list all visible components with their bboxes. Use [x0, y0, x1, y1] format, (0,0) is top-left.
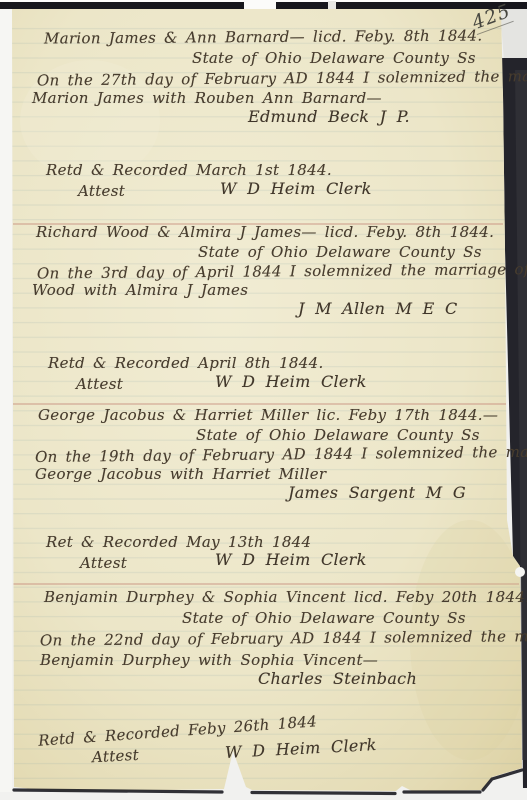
- entry-3-license-line: George Jacobus & Harriet Miller lic. Feb…: [38, 407, 498, 424]
- entry-2-license-line: Richard Wood & Almira J James— licd. Feb…: [36, 224, 494, 241]
- entry-2-officiant-signature: J M Allen M E C: [298, 300, 458, 317]
- return-3-recorded-line: Ret & Recorded May 13th 1844: [46, 534, 311, 551]
- return-2-clerk-signature: W D Heim Clerk: [215, 373, 367, 390]
- return-1-clerk-signature: W D Heim Clerk: [220, 180, 372, 197]
- entry-1-state-line: State of Ohio Delaware County Ss: [192, 50, 476, 67]
- entry-4-license-line: Benjamin Durphey & Sophia Vincent licd. …: [44, 589, 527, 606]
- entry-4-officiant-signature: Charles Steinbach: [258, 670, 417, 687]
- entry-3-officiant-signature: James Sargent M G: [288, 484, 466, 501]
- entry-3-state-line: State of Ohio Delaware County Ss: [196, 427, 480, 444]
- entry-4-state-line: State of Ohio Delaware County Ss: [182, 610, 466, 627]
- return-3-attest-label: Attest: [80, 555, 127, 572]
- entry-1-officiant-signature: Edmund Beck J P.: [248, 108, 410, 125]
- entry-4-body-line-2: Benjamin Durphey with Sophia Vincent—: [40, 652, 378, 669]
- entry-2-state-line: State of Ohio Delaware County Ss: [198, 244, 482, 261]
- entry-3-body-line-2: George Jacobus with Harriet Miller: [35, 466, 326, 483]
- entry-1-body-line-2: Marion James with Rouben Ann Barnard—: [32, 90, 382, 107]
- return-2-recorded-line: Retd & Recorded April 8th 1844.: [48, 355, 324, 372]
- return-1-attest-label: Attest: [78, 183, 125, 200]
- return-3-clerk-signature: W D Heim Clerk: [215, 551, 367, 568]
- return-1-recorded-line: Retd & Recorded March 1st 1844.: [46, 162, 332, 179]
- return-2-attest-label: Attest: [76, 376, 123, 393]
- return-4-attest-label: Attest: [92, 747, 140, 766]
- entry-1-license-line: Marion James & Ann Barnard— licd. Feby. …: [44, 27, 483, 47]
- scanned-ledger-page: 425 Marion James & Ann Barnard— licd. Fe…: [0, 0, 527, 800]
- entry-2-body-line-2: Wood with Almira J James: [32, 282, 248, 299]
